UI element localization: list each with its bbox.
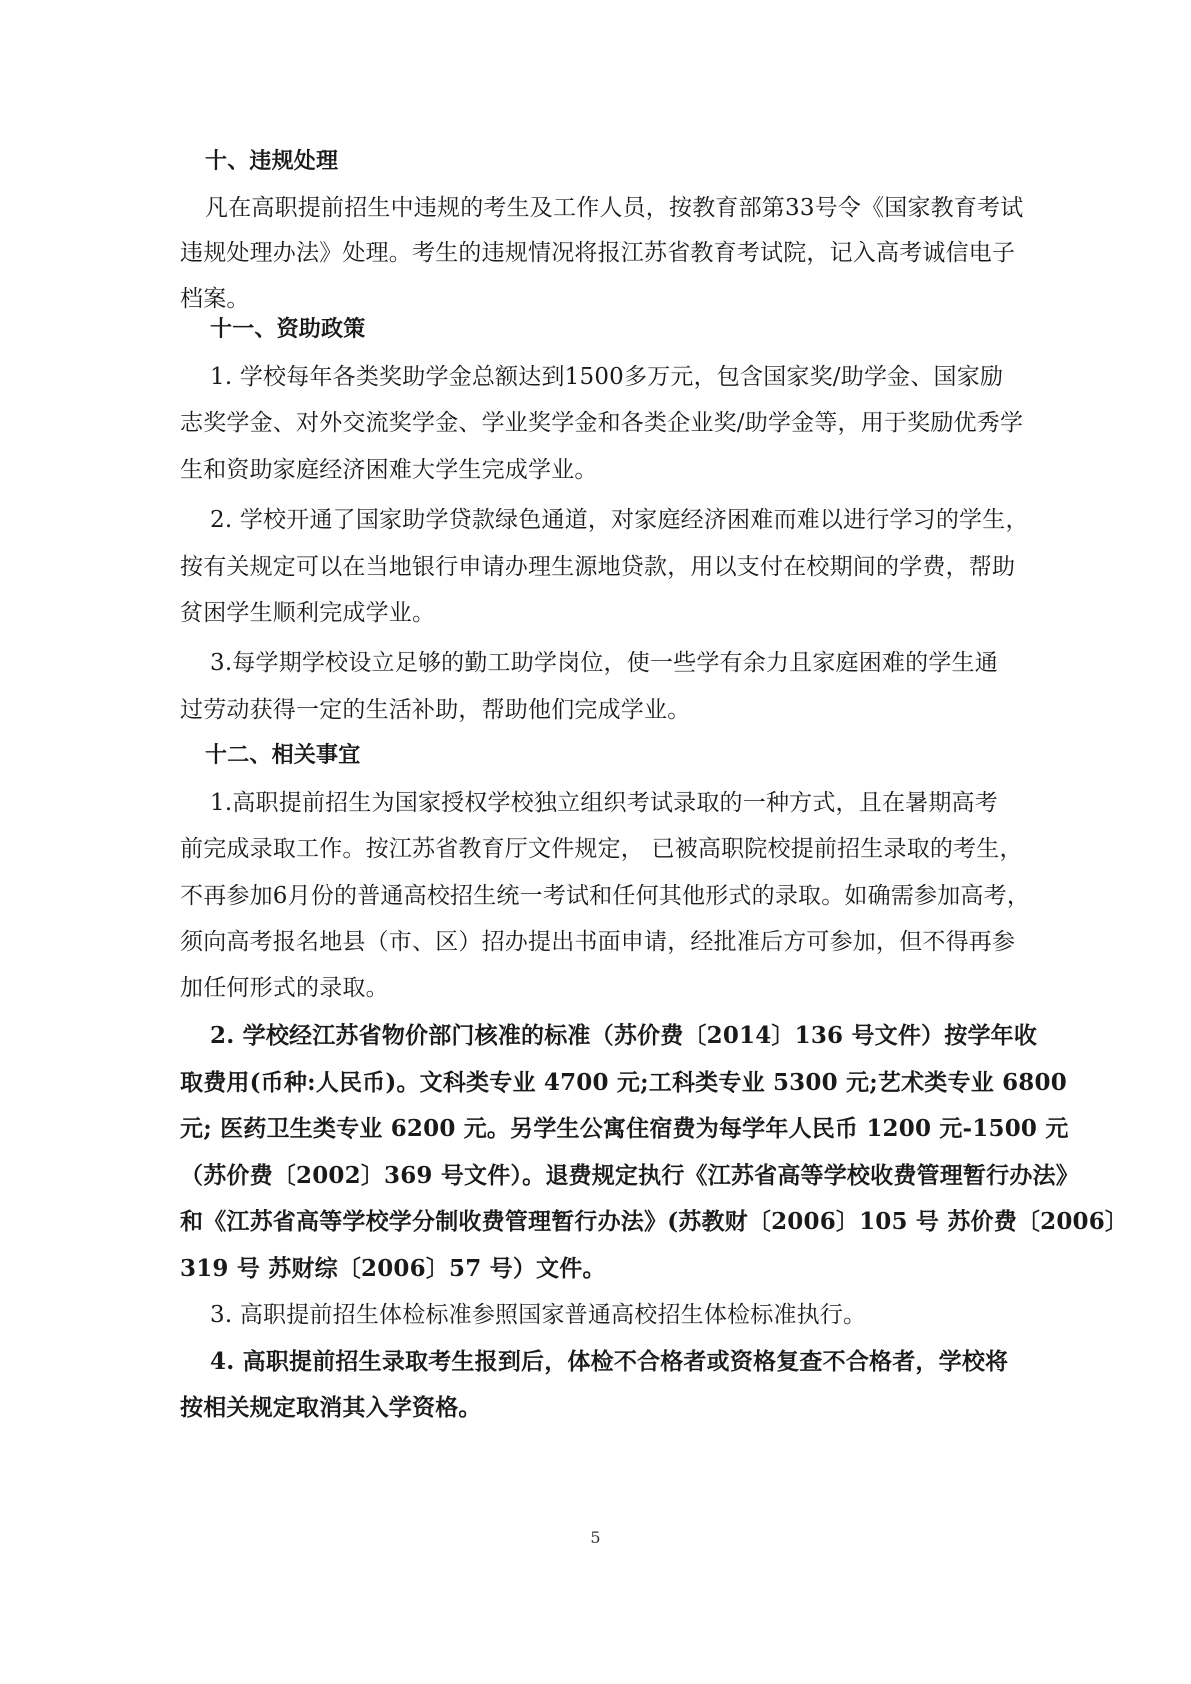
paragraph-line-fees: （苏价费〔2002〕369 号文件）。退费规定执行《江苏省高等学校收费管理暂行办… (180, 1161, 1040, 1191)
paragraph-line: 1.高职提前招生为国家授权学校独立组织考试录取的一种方式，且在暑期高考 (210, 788, 1070, 818)
paragraph-line-fees: 元; 医药卫生类专业 6200 元。另学生公寓住宿费为每学年人民币 1200 元… (180, 1114, 1040, 1144)
paragraph-line: 档案。 (180, 284, 1040, 314)
paragraph-line: 不再参加6月份的普通高校招生统一考试和任何其他形式的录取。如确需参加高考， (180, 881, 1040, 911)
section-heading-financial-aid: 十一、资助政策 (210, 315, 1070, 345)
paragraph-line-admission: 按相关规定取消其入学资格。 (180, 1393, 1040, 1423)
section-heading-related-matters: 十二、相关事宜 (205, 741, 1065, 771)
paragraph-line: 违规处理办法》处理。考生的违规情况将报江苏省教育考试院，记入高考诚信电子 (180, 238, 1040, 268)
section-heading-violations: 十、违规处理 (205, 147, 1065, 177)
paragraph-line: 1. 学校每年各类奖助学金总额达到1500多万元，包含国家奖/助学金、国家励 (210, 362, 1070, 392)
paragraph-line: 生和资助家庭经济困难大学生完成学业。 (180, 455, 1040, 485)
paragraph-line: 志奖学金、对外交流奖学金、学业奖学金和各类企业奖/助学金等，用于奖励优秀学 (180, 408, 1040, 438)
paragraph-line-fees: 319 号 苏财综〔2006〕57 号）文件。 (180, 1254, 1040, 1284)
paragraph-line: 过劳动获得一定的生活补助，帮助他们完成学业。 (180, 695, 1040, 725)
paragraph-line: 凡在高职提前招生中违规的考生及工作人员，按教育部第33号令《国家教育考试 (205, 193, 1065, 223)
paragraph-line: 须向高考报名地县（市、区）招办提出书面申请，经批准后方可参加，但不得再参 (180, 927, 1040, 957)
paragraph-line-fees: 和《江苏省高等学校学分制收费管理暂行办法》(苏教财〔2006〕105 号 苏价费… (180, 1207, 1040, 1237)
document-page: 十、违规处理 凡在高职提前招生中违规的考生及工作人员，按教育部第33号令《国家教… (0, 0, 1191, 1684)
paragraph-line: 3. 高职提前招生体检标准参照国家普通高校招生体检标准执行。 (210, 1300, 1070, 1330)
paragraph-line-fees: 2. 学校经江苏省物价部门核准的标准（苏价费〔2014〕136 号文件）按学年收 (210, 1021, 1070, 1051)
paragraph-line: 3.每学期学校设立足够的勤工助学岗位，使一些学有余力且家庭困难的学生通 (210, 648, 1070, 678)
paragraph-line-admission: 4. 高职提前招生录取考生报到后，体检不合格者或资格复查不合格者，学校将 (210, 1347, 1070, 1377)
paragraph-line: 前完成录取工作。按江苏省教育厅文件规定， 已被高职院校提前招生录取的考生， (180, 834, 1040, 864)
paragraph-line: 贫困学生顺利完成学业。 (180, 598, 1040, 628)
paragraph-line: 2. 学校开通了国家助学贷款绿色通道，对家庭经济困难而难以进行学习的学生， (210, 505, 1070, 535)
paragraph-line-fees: 取费用(币种:人民币)。文科类专业 4700 元;工科类专业 5300 元;艺术… (180, 1068, 1040, 1098)
paragraph-line: 按有关规定可以在当地银行申请办理生源地贷款，用以支付在校期间的学费，帮助 (180, 552, 1040, 582)
page-number: 5 (0, 1528, 1191, 1547)
paragraph-line: 加任何形式的录取。 (180, 973, 1040, 1003)
